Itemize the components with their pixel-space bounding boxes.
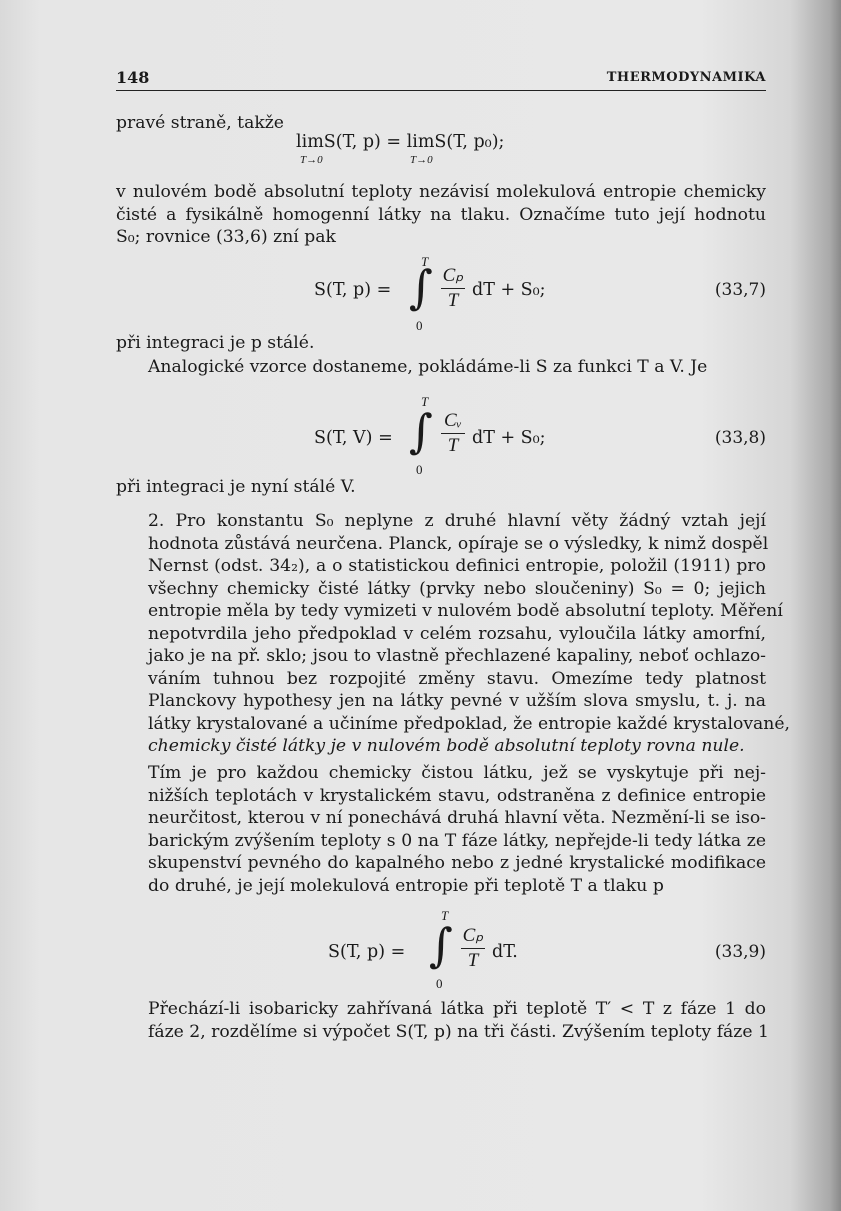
- equation-33-8: S(T, V) = T ∫ 0 Cᵥ T dT + S₀; (33,8): [116, 392, 766, 472]
- denominator: T: [441, 435, 465, 457]
- text-line: skupenství pevného do kapalného nebo z j…: [116, 852, 766, 875]
- text-line: čisté a fysikálně homogenní látky na tla…: [116, 204, 766, 227]
- page-number: 148: [116, 68, 149, 87]
- paragraph-8: Přechází-li isobaricky zahřívaná látka p…: [116, 998, 766, 1043]
- text-line: jako je na př. sklo; jsou to vlastně pře…: [116, 645, 766, 668]
- text-line: chemicky čisté látky je v nulovém bodě a…: [116, 735, 766, 758]
- text-line: Tím je pro každou chemicky čistou látku,…: [116, 762, 766, 785]
- text-line: entropie měla by tedy vymizeti v nulovém…: [116, 600, 766, 623]
- text-line: 2. Pro konstantu S₀ neplyne z druhé hlav…: [116, 510, 766, 533]
- fraction: Cₚ T: [441, 264, 465, 312]
- integral-lower-limit: 0: [436, 976, 443, 992]
- text-line: neurčitost, kterou v ní ponechává druhá …: [116, 807, 766, 830]
- equation-lhs: S(T, p) =: [328, 942, 405, 962]
- page-header: 148 THERMODYNAMIKA: [116, 68, 766, 91]
- equation-33-9: S(T, p) = T ∫ 0 Cₚ T dT. (33,9): [116, 902, 766, 982]
- fraction: Cᵥ T: [441, 410, 465, 457]
- equation-rhs: dT + S₀;: [472, 280, 546, 300]
- text-line: S₀; rovnice (33,6) zní pak: [116, 226, 766, 249]
- text-line: nižších teplotách v krystalickém stavu, …: [116, 785, 766, 808]
- integral-sign: ∫: [429, 922, 453, 968]
- text-line: látky krystalované a učiníme předpoklad,…: [116, 713, 766, 736]
- equation-rhs: dT + S₀;: [472, 428, 546, 448]
- limit-subscript-right: T→0: [410, 154, 433, 166]
- equation-limit: limS(T, p) = limS(T, p₀); T→0 T→0: [296, 132, 626, 152]
- equation-33-7: S(T, p) = T ∫ 0 Cₚ T dT + S₀; (33,7): [116, 252, 766, 332]
- equation-lhs: S(T, V) =: [314, 428, 393, 448]
- text-line: v nulovém bodě absolutní teploty nezávis…: [116, 181, 766, 204]
- numerator: Cₚ: [461, 924, 485, 947]
- equation-number: (33,8): [715, 428, 766, 448]
- text-line: barickým zvýšením teploty s 0 na T fáze …: [116, 830, 766, 853]
- equation-number: (33,7): [715, 280, 766, 300]
- text-line: do druhé, je její molekulová entropie př…: [116, 875, 766, 898]
- numerator: Cᵥ: [441, 410, 465, 432]
- equation-lhs: S(T, p) =: [314, 280, 391, 300]
- denominator: T: [461, 950, 485, 972]
- text-line: všechny chemicky čisté látky (prvky nebo…: [116, 578, 766, 601]
- paragraph-3: při integraci je p stálé.: [116, 332, 766, 355]
- paragraph-6: 2. Pro konstantu S₀ neplyne z druhé hlav…: [116, 510, 766, 758]
- paragraph-2: v nulovém bodě absolutní teploty nezávis…: [116, 181, 766, 249]
- text-line: váním tuhnou bez rozpojité změny stavu. …: [116, 668, 766, 691]
- paragraph-5: při integraci je nyní stálé V.: [116, 476, 766, 499]
- equation-rhs: dT.: [492, 942, 518, 962]
- equation-number: (33,9): [715, 942, 766, 962]
- limit-subscript-left: T→0: [300, 154, 323, 166]
- text-line: hodnota zůstává neurčena. Planck, opíraj…: [116, 533, 766, 556]
- text-line: fáze 2, rozdělíme si výpočet S(T, p) na …: [116, 1021, 766, 1044]
- integral-sign: ∫: [409, 264, 433, 310]
- fraction: Cₚ T: [461, 924, 485, 972]
- text-line: Planckovy hypothesy jen na látky pevné v…: [116, 690, 766, 713]
- text-line: Přechází-li isobaricky zahřívaná látka p…: [116, 998, 766, 1021]
- paragraph-7: Tím je pro každou chemicky čistou látku,…: [116, 762, 766, 897]
- paragraph-4: Analogické vzorce dostaneme, pokládáme-l…: [116, 356, 766, 379]
- equation-limit-expr: limS(T, p) = limS(T, p₀);: [296, 132, 504, 152]
- denominator: T: [441, 290, 465, 312]
- integral-sign: ∫: [409, 408, 433, 454]
- text-line: Nernst (odst. 34₂), a o statistickou def…: [116, 555, 766, 578]
- running-title: THERMODYNAMIKA: [607, 70, 766, 85]
- text-line: nepotvrdila jeho předpoklad v celém rozs…: [116, 623, 766, 646]
- numerator: Cₚ: [441, 264, 465, 287]
